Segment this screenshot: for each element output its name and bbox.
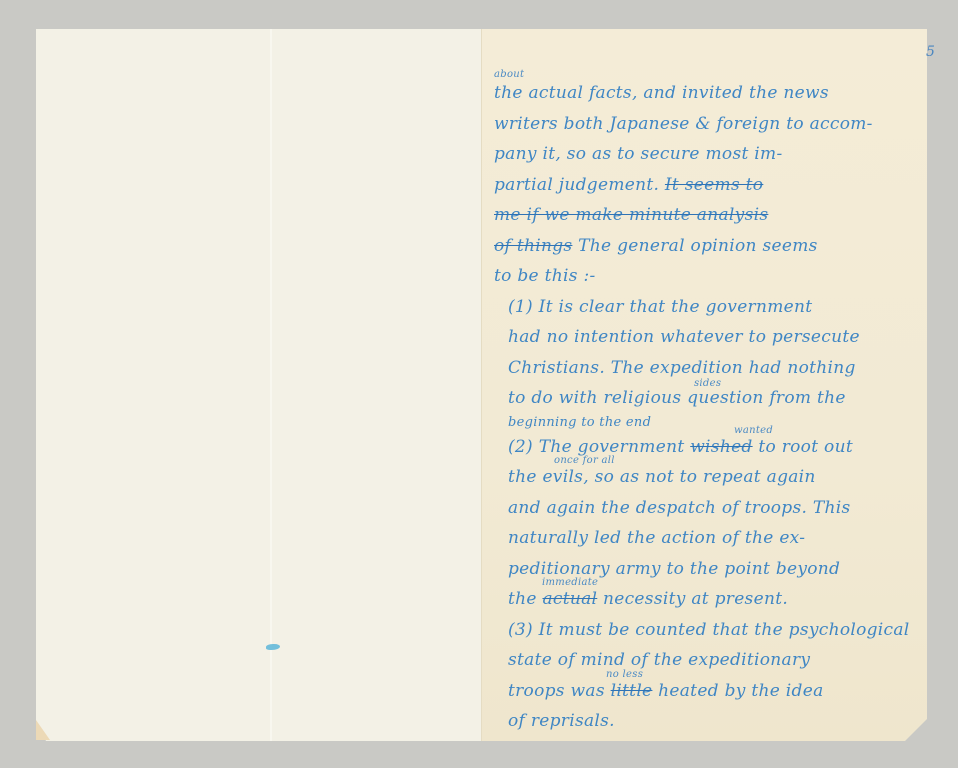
insertion-no-less: no less bbox=[606, 670, 643, 680]
manuscript-line: of things The general opinion seems bbox=[494, 231, 924, 262]
insertion-wanted: wanted bbox=[734, 426, 773, 436]
struck-text: of things bbox=[494, 236, 572, 256]
left-page bbox=[36, 29, 482, 741]
insertion-once-for-all: once for all bbox=[554, 456, 615, 466]
manuscript-line: once for all the evils, so as not to rep… bbox=[494, 462, 924, 493]
manuscript-line: about the actual facts, and invited the … bbox=[494, 78, 924, 109]
page-fold-crease bbox=[270, 29, 272, 741]
struck-text: It seems to bbox=[665, 175, 763, 195]
page-number: 5 bbox=[926, 44, 935, 60]
manuscript-line: and again the despatch of troops. This bbox=[494, 493, 924, 524]
struck-text: actual bbox=[542, 589, 597, 609]
manuscript-line: (1) It is clear that the government bbox=[494, 292, 924, 323]
manuscript-line: writers both Japanese & foreign to accom… bbox=[494, 109, 924, 140]
manuscript-line: me if we make minute analysis bbox=[494, 200, 924, 231]
insertion-sides: sides bbox=[694, 379, 721, 389]
manuscript-line: (3) It must be counted that the psycholo… bbox=[494, 615, 924, 646]
manuscript-line: had no intention whatever to persecute bbox=[494, 322, 924, 353]
manuscript-line: the immediate actual necessity at presen… bbox=[494, 584, 924, 615]
insertion-immediate: immediate bbox=[542, 578, 598, 588]
struck-text: little bbox=[611, 681, 653, 701]
struck-text: wished bbox=[690, 437, 752, 457]
manuscript-line: beginning to the end bbox=[494, 414, 924, 432]
manuscript-line: state of mind of the expeditionary bbox=[494, 645, 924, 676]
manuscript-line: of reprisals. bbox=[494, 706, 924, 737]
manuscript-line: pany it, so as to secure most im- bbox=[494, 139, 924, 170]
item-marker: (2) bbox=[508, 437, 533, 457]
handwritten-text: about the actual facts, and invited the … bbox=[494, 78, 924, 737]
manuscript-line: to be this :- bbox=[494, 261, 924, 292]
manuscript-line: troops was no less little heated by the … bbox=[494, 676, 924, 707]
manuscript-line: naturally led the action of the ex- bbox=[494, 523, 924, 554]
manuscript-line: sides to do with religious question from… bbox=[494, 383, 924, 414]
manuscript-line: partial judgement. It seems to bbox=[494, 170, 924, 201]
insertion-about: about bbox=[494, 70, 524, 80]
